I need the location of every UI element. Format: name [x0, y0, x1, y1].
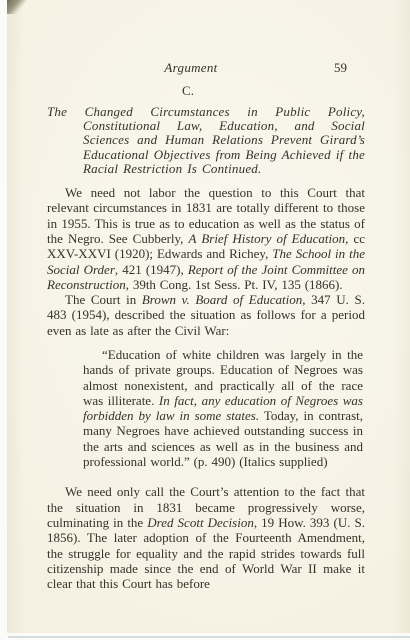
paragraph-dred-scott: We need only call the Court’s attention …: [47, 484, 365, 591]
document-page: Argument 59 C. The Changed Circumstances…: [7, 0, 410, 633]
section-label: C.: [29, 83, 347, 98]
brown-opinion-quote: “Education of white children was largely…: [83, 347, 363, 469]
paragraph-changed-circumstances: We need not labor the question to this C…: [47, 185, 365, 292]
scan-bottom-edge: [8, 636, 410, 638]
scanned-page-photo: Argument 59 C. The Changed Circumstances…: [0, 0, 410, 640]
running-head: Argument: [32, 60, 350, 75]
paragraph-brown-citation: The Court in Brown v. Board of Education…: [47, 292, 365, 338]
page-header: Argument 59: [47, 60, 365, 76]
page-number: 59: [334, 60, 347, 75]
argument-heading: The Changed Circumstances in Public Poli…: [47, 105, 365, 176]
page-corner-shadow: [7, 0, 29, 14]
